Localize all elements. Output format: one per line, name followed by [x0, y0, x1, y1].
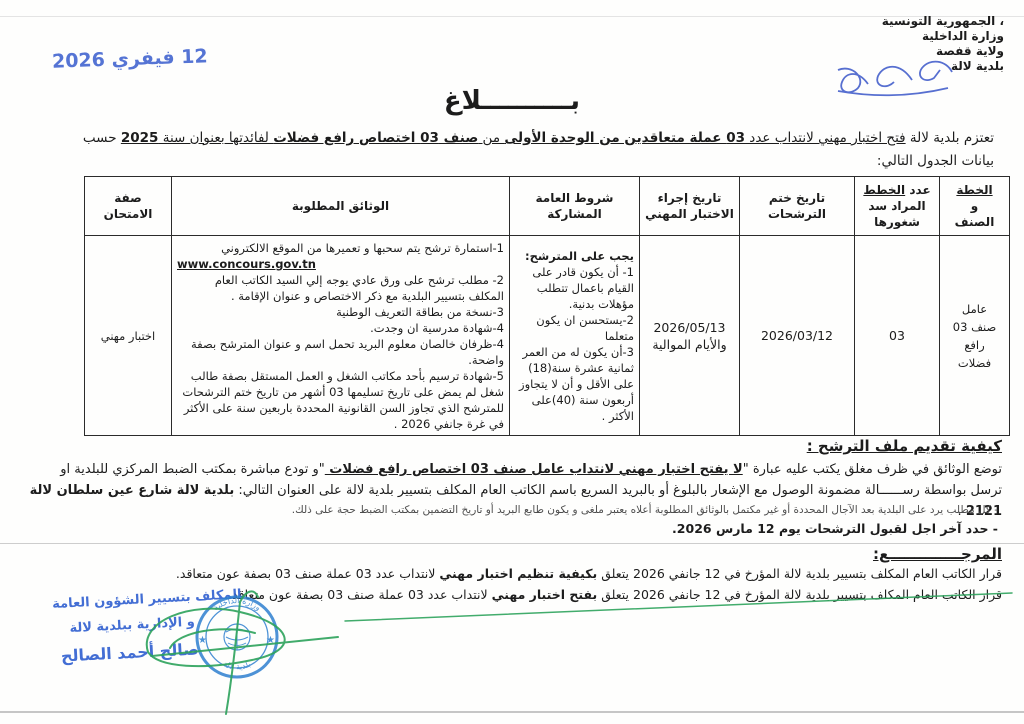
- letterhead-governorate: ولاية قفصة: [882, 44, 1004, 59]
- submission-seg: توضع الوثائق في ظرف مغلق يكتب عليه عبارة…: [743, 462, 1002, 477]
- cell-conditions: يجب على المترشح: 1- أن يكون قادر على الق…: [510, 236, 640, 436]
- submission-envelope-label: لا يفتح اختبار مهني لانتداب عامل صنف 03 …: [325, 462, 743, 477]
- stamp-title-line: المكلف بتسيير الشؤون العامة: [52, 587, 242, 612]
- page-title: بــــــــــلاغ: [0, 86, 1024, 116]
- stamp-title-line: و الإدارية ببلدية لالة: [69, 615, 195, 637]
- condition-item: 3-أن يكون له من العمر ثمانية عشرة سنة(18…: [515, 344, 634, 424]
- intro-seg: فتح اختبار مهني لانتداب عدد: [745, 130, 906, 146]
- col-header-closing-date: تاريخ ختم الترشحات: [740, 177, 855, 236]
- cell-exam-type: اختبار مهني: [85, 236, 172, 436]
- late-application-note: - كل مطلب يرد على البلدية بعد الآجال الم…: [26, 504, 998, 516]
- plan-line: فضلات: [945, 354, 1004, 372]
- intro-seg: 03 عملة متعاقدين من الوحدة الأولى: [504, 130, 745, 146]
- intro-seg: 2025: [121, 130, 159, 146]
- stamp-signer-name: صالح أحمد الصالح: [60, 639, 199, 665]
- ref-seg: بفتح اختبار مهني: [492, 587, 598, 602]
- cell-exam-date: 2026/05/13 والأيام الموالية: [640, 236, 740, 436]
- col-header-plan-grade: الخطة و الصنف: [940, 177, 1010, 236]
- intro-paragraph: تعتزم بلدية لالة فتح اختبار مهني لانتداب…: [26, 127, 994, 173]
- col-header-and: و: [971, 199, 978, 213]
- plan-line: صنف 03: [945, 318, 1004, 336]
- col-header-documents: الوثائق المطلوبة: [172, 177, 510, 236]
- col-header-exam-type: صفة الامتحان: [85, 177, 172, 236]
- count-seg: الخطط: [863, 183, 905, 197]
- conditions-title: يجب على المترشح:: [515, 248, 634, 264]
- plan-line: رافع: [945, 336, 1004, 354]
- condition-item: 2-يستحسن ان يكون متعلما: [515, 312, 634, 344]
- recruitment-table: الخطة و الصنف عدد الخطط المراد سد شغورها…: [84, 176, 1010, 436]
- cell-closing-date: 2026/03/12: [740, 236, 855, 436]
- reference-item: قرار الكاتب العام المكلف بتسيير بلدية لا…: [26, 563, 1002, 584]
- deadline-line: - حدد آخر اجل لقبول الترشحات يوم 12 مارس…: [672, 521, 998, 536]
- intro-seg: حسب: [83, 130, 121, 146]
- ref-seg: قرار الكاتب العام المكلف بتسيير بلدية لا…: [597, 566, 1002, 581]
- cell-positions-count: 03: [855, 236, 940, 436]
- col-header-conditions: شروط العامة المشاركة: [510, 177, 640, 236]
- intro-line2: بيانات الجدول التالي:: [26, 150, 994, 173]
- document-item: 4-شهادة مدرسية ان وجدت.: [177, 320, 504, 336]
- scan-artifact-line-top: [0, 16, 1024, 17]
- scan-artifact-line-middle: [0, 543, 1024, 544]
- plan-line: عامل: [945, 300, 1004, 318]
- submission-section-heading: كيفية تقديم ملف الترشح :: [807, 437, 1002, 455]
- ref-seg: بكيفية تنظيم اختبار مهني: [439, 566, 597, 581]
- official-stamp-block: المكلف بتسيير الشؤون العامة و الإدارية ب…: [32, 574, 384, 724]
- document-item: 3-نسخة من بطاقة التعريف الوطنية: [177, 304, 504, 320]
- exam-date-seg: المهني: [645, 207, 687, 221]
- col-header-positions-count: عدد الخطط المراد سد شغورها: [855, 177, 940, 236]
- ref-seg: قرار الكاتب العام المكلف بتسيير بلدية لا…: [597, 587, 1002, 602]
- intro-seg: صنف 03 اختصاص رافع فضلات: [273, 130, 478, 146]
- document-item: 2- مطلب ترشح على ورق عادي يوجه إلي السيد…: [177, 272, 504, 304]
- col-header-grade-word: الصنف: [955, 215, 995, 229]
- count-seg: المراد سد شغورها: [868, 199, 925, 229]
- document-item: 4-ظرفان خالصان معلوم البريد تحمل اسم و ع…: [177, 336, 504, 368]
- cell-documents: 1-استمارة ترشح يتم سحبها و تعميرها من ال…: [172, 236, 510, 436]
- letterhead: ، الجمهورية التونسية وزارة الداخلية ولاي…: [882, 14, 1004, 74]
- col-header-plan-word: الخطة: [956, 183, 992, 197]
- intro-seg: لفائدتها بعنوان سنة: [158, 130, 273, 146]
- concours-website-url: www.concours.gov.tn: [177, 256, 392, 272]
- condition-item: 1- أن يكون قادر على القيام باعمال تتطلب …: [515, 264, 634, 312]
- count-seg: عدد: [905, 183, 930, 197]
- table-data-row: عامل صنف 03 رافع فضلات 03 2026/03/12 202…: [85, 236, 1010, 436]
- intro-seg: تعتزم بلدية لالة: [906, 130, 994, 146]
- exam-date-value: 2026/05/13: [645, 319, 734, 336]
- letterhead-municipality: بلدية لالة: [882, 59, 1004, 74]
- date-stamp: 12 فيفري 2026: [52, 45, 208, 72]
- intro-seg: من: [478, 130, 504, 146]
- document-item: 1-استمارة ترشح يتم سحبها و تعميرها من ال…: [177, 240, 504, 256]
- scanned-announcement-page: ، الجمهورية التونسية وزارة الداخلية ولاي…: [0, 0, 1024, 724]
- cell-plan-grade: عامل صنف 03 رافع فضلات: [940, 236, 1010, 436]
- exam-date-following-days: والأيام الموالية: [645, 336, 734, 353]
- letterhead-republic: ، الجمهورية التونسية: [882, 14, 1004, 29]
- letterhead-ministry: وزارة الداخلية: [882, 29, 1004, 44]
- col-header-exam-date: تاريخ إجراء الاختبار المهني: [640, 177, 740, 236]
- reference-section-heading: المرجــــــــــــــع:: [873, 545, 1002, 563]
- table-header-row: الخطة و الصنف عدد الخطط المراد سد شغورها…: [85, 177, 1010, 236]
- document-item: 5-شهادة ترسيم بأحد مكاتب الشغل و العمل ا…: [177, 368, 504, 432]
